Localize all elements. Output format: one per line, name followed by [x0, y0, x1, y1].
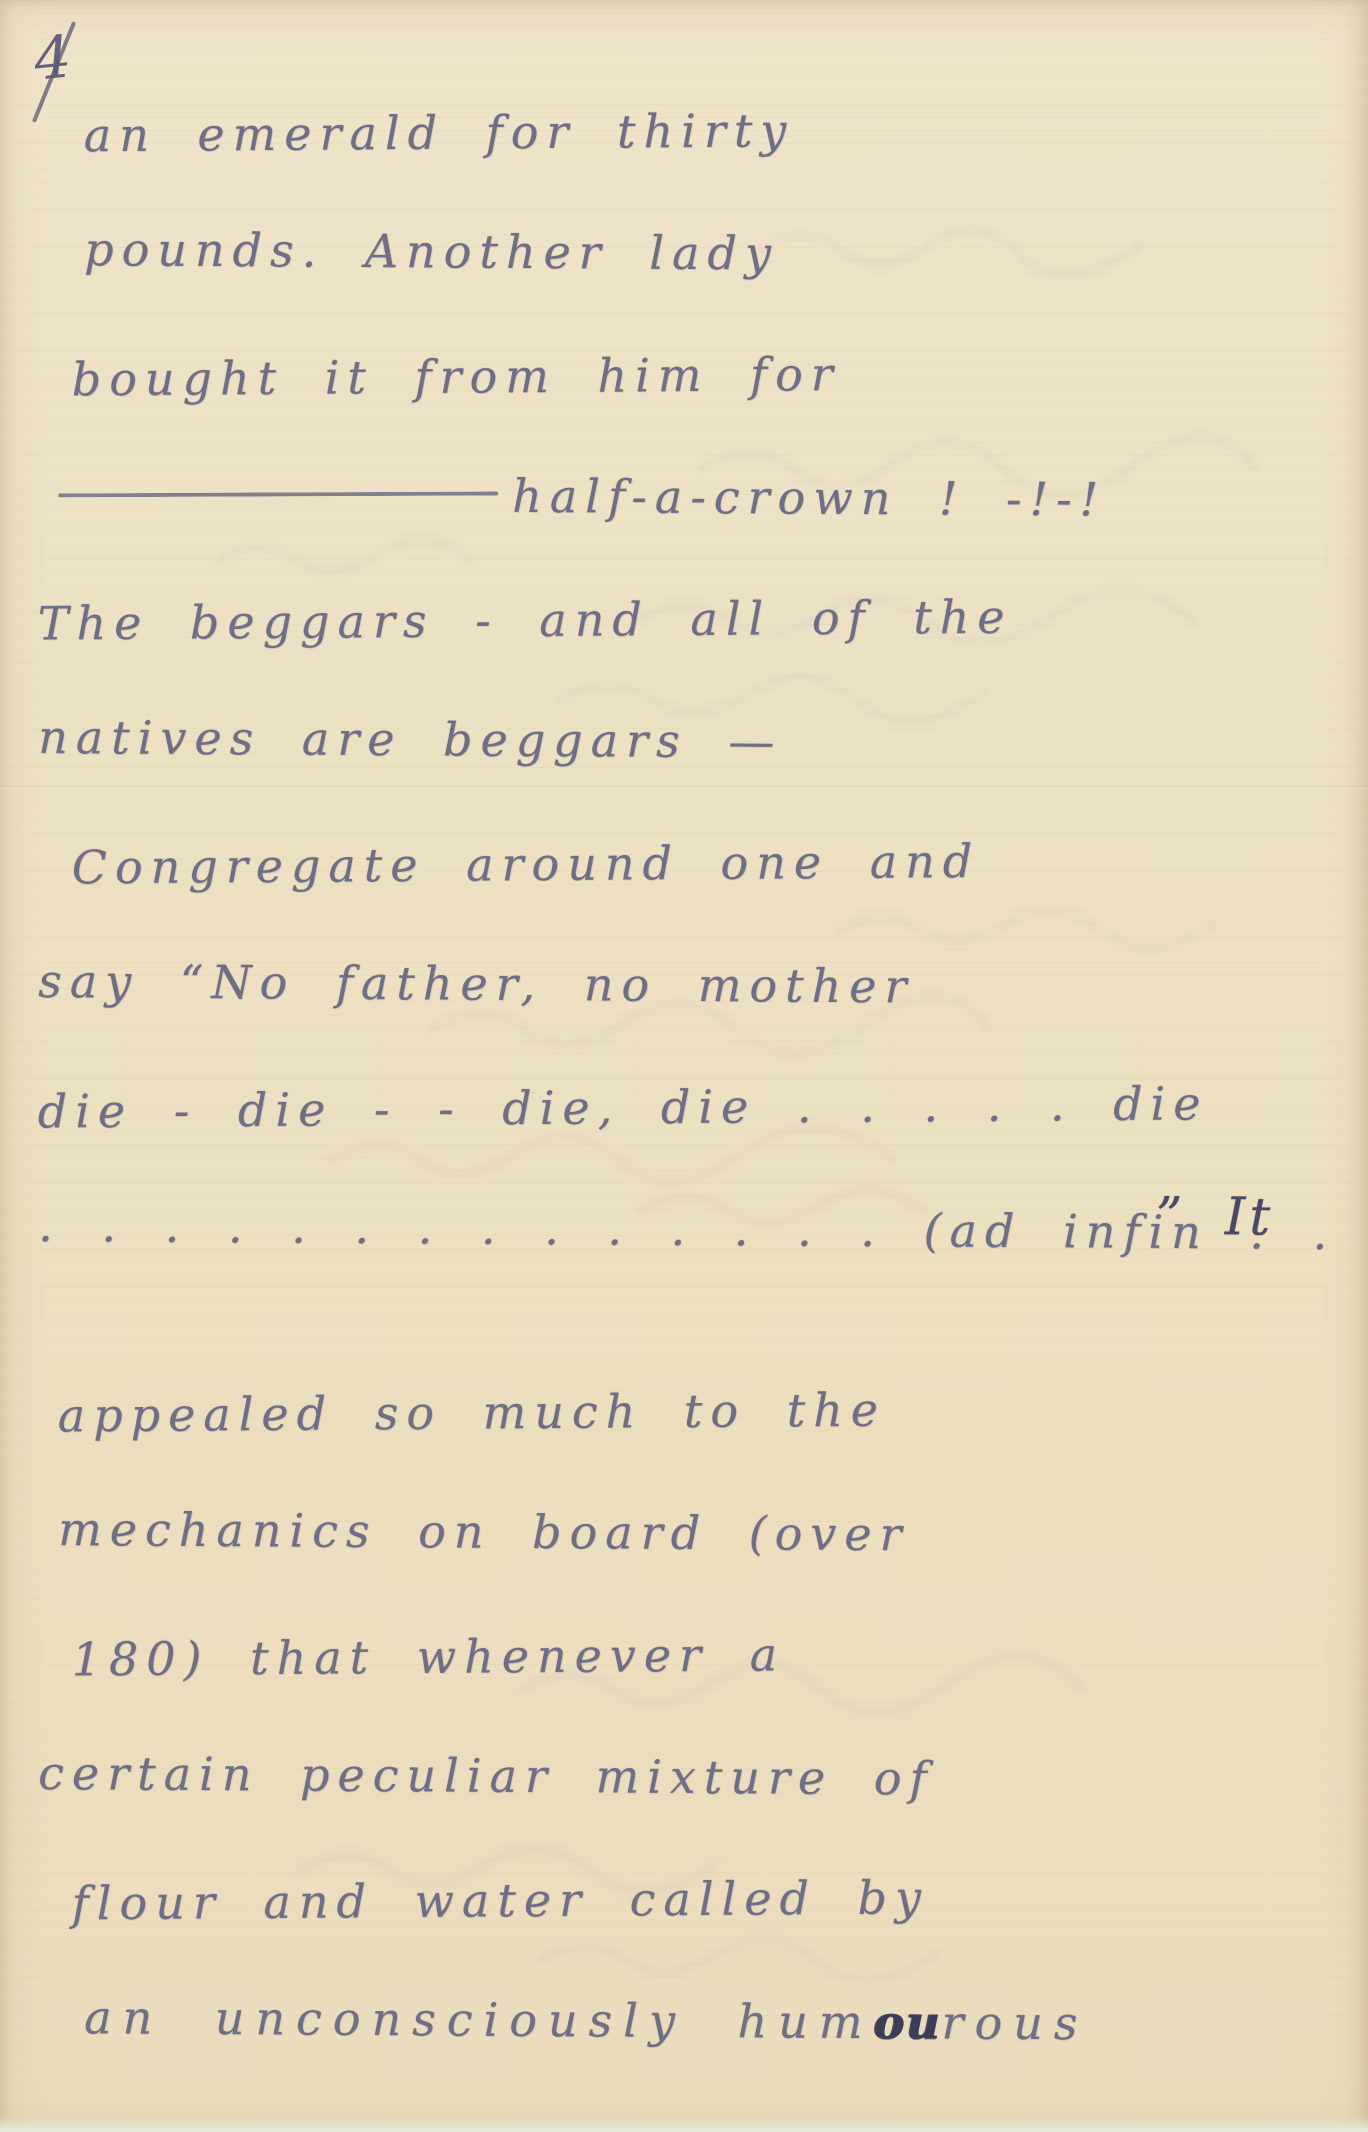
handwritten-line: an emerald for thirty	[58, 100, 1339, 231]
handwritten-line: bought it from him for	[58, 344, 1339, 475]
inserted-quote-and-word: ” It	[1156, 1187, 1275, 1248]
handwritten-line: appealed so much to the	[58, 1380, 1339, 1511]
handwritten-line: an unconsciously humourous	[58, 1990, 1339, 2120]
handwritten-text-block: an emerald for thirtypounds. Another lad…	[58, 104, 1338, 2116]
handwritten-line: natives are beggars —	[38, 710, 1339, 840]
handwritten-line: . . . . . . . . . . . . . . (ad infin . …	[38, 1198, 1339, 1328]
handwritten-line: die - die - - die, die . . . . . die	[38, 1075, 1339, 1206]
line-text: natives are beggars —	[38, 710, 782, 769]
overwritten-letters: ou	[873, 1995, 941, 2049]
line-text: bought it from him for	[72, 347, 841, 406]
handwritten-line: The beggars - and all of the	[38, 587, 1339, 718]
handwritten-line: mechanics on board (over	[58, 1502, 1339, 1632]
line-text: The beggars - and all of the	[38, 590, 1013, 651]
line-text: an emerald for thirty	[84, 103, 795, 162]
inked-dash-rule	[58, 491, 498, 497]
handwritten-line: half-a-crown ! -!-!	[58, 466, 1339, 596]
line-text: appealed so much to the	[58, 1383, 887, 1443]
line-text: flour and water called by	[72, 1870, 930, 1930]
line-text-after-correction: rous	[941, 1995, 1088, 2050]
line-text: mechanics on board (over	[58, 1502, 910, 1561]
manuscript-page: 4 an emerald for thirtypounds. Another l…	[0, 0, 1368, 2132]
handwritten-line: flour and water called by	[58, 1868, 1339, 1999]
handwritten-line: 180) that whenever a	[58, 1624, 1339, 1755]
handwritten-line: certain peculiar mixture of	[38, 1746, 1339, 1876]
line-text: half-a-crown ! -!-!	[512, 469, 1106, 527]
line-text: die - die - - die, die . . . . . die	[38, 1076, 1209, 1138]
line-text: certain peculiar mixture of	[38, 1746, 935, 1805]
handwritten-line: Congregate around one and	[58, 832, 1339, 963]
line-text: say “No father, no mother	[38, 954, 915, 1013]
handwritten-line: say “No father, no mother	[38, 954, 1339, 1084]
handwritten-line: pounds. Another lady	[58, 222, 1339, 352]
line-text: pounds. Another lady	[84, 222, 779, 280]
line-text: Congregate around one and	[72, 834, 981, 894]
line-text: an unconsciously hum	[84, 1990, 874, 2049]
line-text: 180) that whenever a	[72, 1627, 786, 1686]
